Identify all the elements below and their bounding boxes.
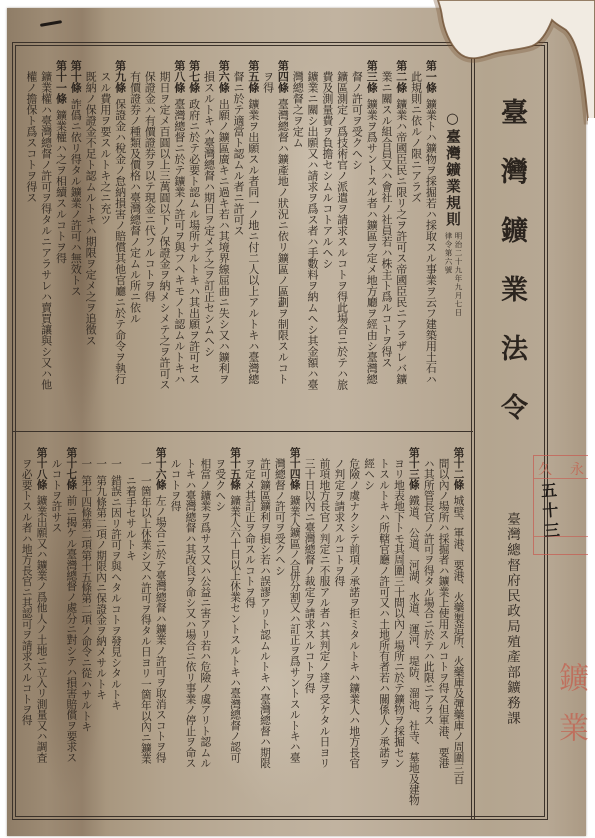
burn-damage (0, 0, 595, 838)
